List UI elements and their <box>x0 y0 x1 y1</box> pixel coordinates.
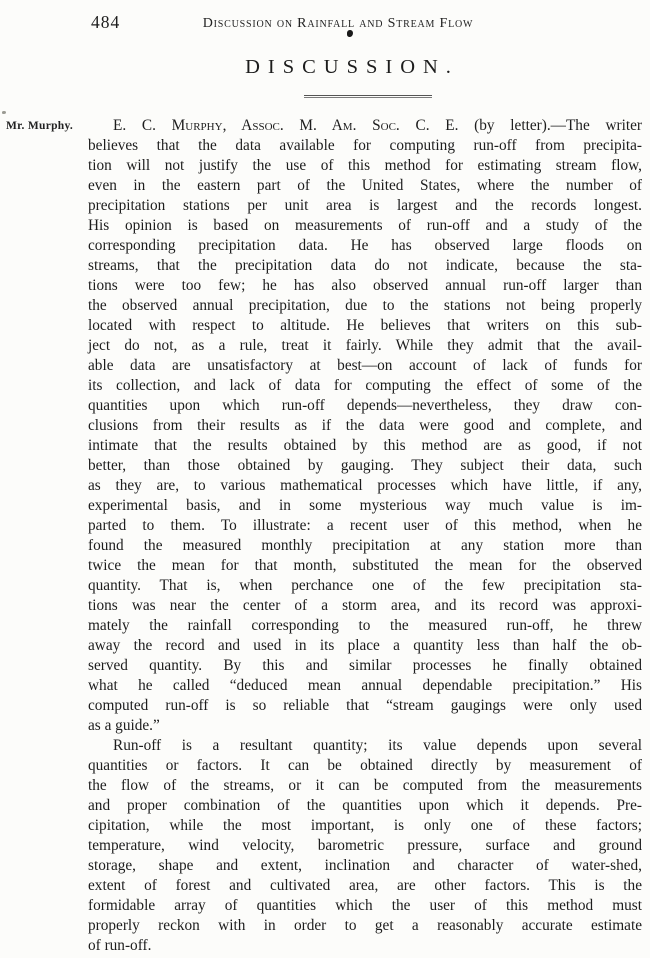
text-line: its collection, and lack of data for com… <box>88 376 642 396</box>
text-line: the observed annual precipitation, due t… <box>88 296 642 316</box>
text-line: His opinion is based on measurements of … <box>88 216 642 236</box>
text-line: and proper combination of the quantities… <box>88 796 642 816</box>
text-line: temperature, wind velocity, barometric p… <box>88 836 642 856</box>
text-line: quantity. That is, when perchance one of… <box>88 576 642 596</box>
text-line: cipitation, while the most important, is… <box>88 816 642 836</box>
text-line: clusions from their results as if the da… <box>88 416 642 436</box>
text-line: what he called “deduced mean annual depe… <box>88 676 642 696</box>
running-head: Discussion on Rainfall and Stream Flow <box>203 16 474 32</box>
text-line: corresponding precipitation data. He has… <box>88 236 642 256</box>
text-line: of run-off. <box>88 936 642 956</box>
text-line: believes that the data available for com… <box>88 136 642 156</box>
margin-note-speaker: Mr. Murphy. <box>6 120 73 132</box>
section-title: DISCUSSION. <box>245 56 459 79</box>
scanned-page: 484 Discussion on Rainfall and Stream Fl… <box>0 0 650 958</box>
scan-speck <box>2 111 6 114</box>
text-line: Run-off is a resultant quantity; its val… <box>88 736 642 756</box>
text-line: ject do not, as a rule, treat it fairly.… <box>88 336 642 356</box>
discussion-body: E. C. Murphy, Assoc. M. Am. Soc. C. E. (… <box>88 116 642 956</box>
title-rule-divider <box>304 95 432 98</box>
text-line: the flow of the streams, or it can be co… <box>88 776 642 796</box>
line-text: (by letter).—The writer <box>458 117 642 134</box>
text-line: precipitation stations per unit area is … <box>88 196 642 216</box>
text-line: properly reckon with in order to get a r… <box>88 916 642 936</box>
text-line: away the record and used in its place a … <box>88 636 642 656</box>
text-line: extent of forest and cultivated area, ar… <box>88 876 642 896</box>
text-line: tions were too few; he has also observed… <box>88 276 642 296</box>
text-line: found the measured monthly precipitation… <box>88 536 642 556</box>
text-line: streams, that the precipitation data do … <box>88 256 642 276</box>
text-line: as they are, to various mathematical pro… <box>88 476 642 496</box>
text-line: even in the eastern part of the United S… <box>88 176 642 196</box>
text-line: quantities upon which run-off depends—ne… <box>88 396 642 416</box>
text-line: mately the rainfall corresponding to the… <box>88 616 642 636</box>
text-line: formidable array of quantities which the… <box>88 896 642 916</box>
text-line: parted to them. To illustrate: a recent … <box>88 516 642 536</box>
text-line: storage, shape and extent, inclination a… <box>88 856 642 876</box>
text-line: as a guide.” <box>88 716 642 736</box>
text-line: able data are unsatisfactory at best—on … <box>88 356 642 376</box>
text-line: intimate that the results obtained by th… <box>88 436 642 456</box>
text-line: located with respect to altitude. He bel… <box>88 316 642 336</box>
text-line: tions was near the center of a storm are… <box>88 596 642 616</box>
author-name-smallcaps: E. C. Murphy, Assoc. M. Am. Soc. C. E. <box>113 117 458 134</box>
text-line: quantities or factors. It can be obtaine… <box>88 756 642 776</box>
text-line: better, than those obtained by gauging. … <box>88 456 642 476</box>
page-number: 484 <box>91 12 120 33</box>
ink-blot <box>347 30 353 37</box>
text-line: computed run-off is so reliable that “st… <box>88 696 642 716</box>
text-line: twice the mean for that month, substitut… <box>88 556 642 576</box>
text-line: tion will not justify the use of this me… <box>88 156 642 176</box>
text-line: served quantity. By this and similar pro… <box>88 656 642 676</box>
text-line: E. C. Murphy, Assoc. M. Am. Soc. C. E. (… <box>88 116 642 136</box>
text-line: experimental basis, and in some mysterio… <box>88 496 642 516</box>
